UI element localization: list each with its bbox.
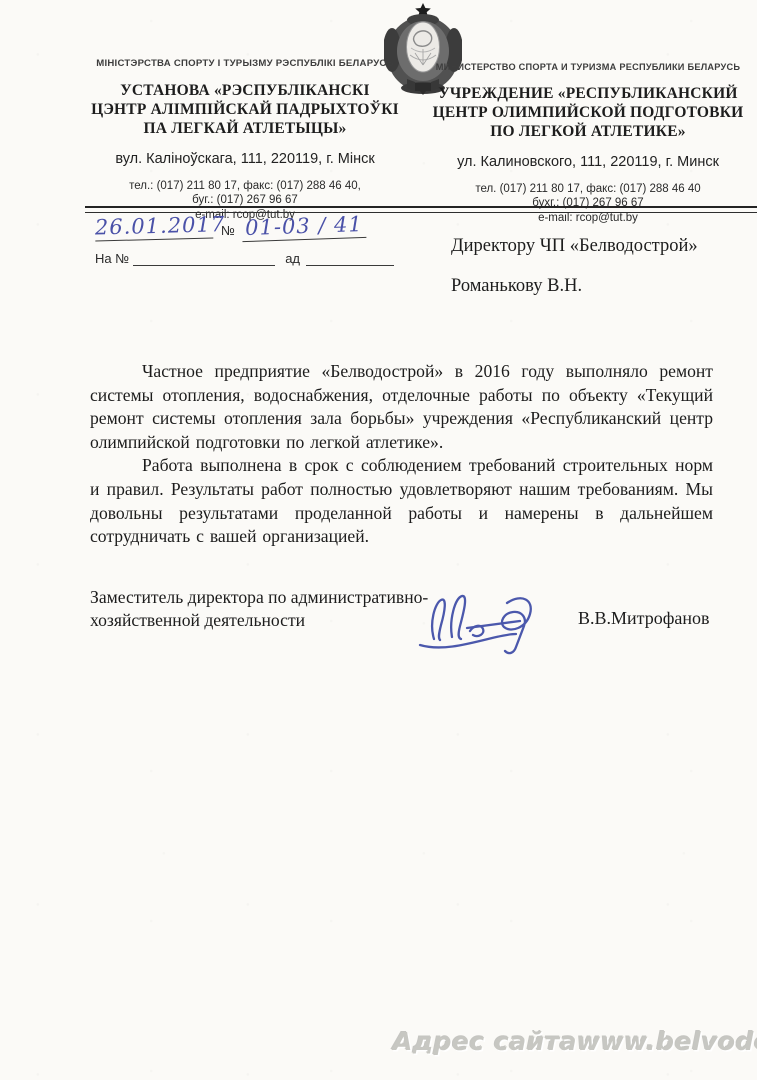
organization-name-ru: УЧРЕЖДЕНИЕ «РЕСПУБЛИКАНСКИЙ ЦЕНТР ОЛИМПИ… — [432, 85, 744, 142]
addressee-name: Романькову В.Н. — [451, 276, 698, 297]
phone-fax-by: тел.: (017) 211 80 17, факс: (017) 288 4… — [88, 179, 402, 194]
reply-number-label: На № — [95, 251, 129, 266]
letter-body: Частное предприятие «Белводострой» в 201… — [90, 360, 713, 549]
org-ru-line2: ЦЕНТР ОЛИМПИЙСКОЙ ПОДГОТОВКИ — [432, 104, 744, 123]
letterhead-belarusian-column: МІНІСТЭРСТВА СПОРТУ І ТУРЫЗМУ РЭСПУБЛІКІ… — [88, 58, 402, 223]
reply-number-blank — [133, 251, 275, 266]
addressee-block: Директору ЧП «Белводострой» Романькову В… — [451, 236, 698, 297]
street-address-by: вул. Каліноўскага, 111, 220119, г. Мінск — [88, 151, 402, 167]
organization-name-by: УСТАНОВА «РЭСПУБЛІКАНСКІ ЦЭНТР АЛІМПІЙСК… — [88, 82, 402, 139]
phone-fax-ru: тел. (017) 211 80 17, факс: (017) 288 46… — [432, 182, 744, 197]
letterhead-divider-rule — [85, 206, 757, 213]
reply-date-label: ад — [285, 251, 300, 266]
handwritten-signature — [412, 581, 560, 669]
letterhead-russian-column: МИНИСТЕРСТВО СПОРТА И ТУРИЗМА РЕСПУБЛИКИ… — [432, 62, 744, 226]
date-number-row: 26.01.2017 № 01-03 / 41 — [95, 214, 395, 240]
org-by-line3: ПА ЛЕГКАЙ АТЛЕТЫЦЫ» — [88, 120, 402, 139]
reply-reference-row: На № ад — [95, 251, 395, 266]
email-ru: e-mail: rcop@tut.by — [432, 211, 744, 226]
contact-info-ru: тел. (017) 211 80 17, факс: (017) 288 46… — [432, 182, 744, 226]
handwritten-outgoing-number: 01-03 / 41 — [242, 212, 367, 242]
org-ru-line3: ПО ЛЕГКОЙ АТЛЕТИКЕ» — [432, 123, 744, 142]
reply-date-blank — [306, 251, 394, 266]
addressee-position: Директору ЧП «Белводострой» — [451, 236, 698, 257]
watermark-label: Адрес сайта — [393, 1027, 577, 1056]
body-paragraph-1: Частное предприятие «Белводострой» в 201… — [90, 360, 713, 454]
org-ru-line1: УЧРЕЖДЕНИЕ «РЕСПУБЛИКАНСКИЙ — [432, 85, 744, 104]
watermark-url: www.belvodo.by — [577, 1027, 757, 1056]
org-by-line1: УСТАНОВА «РЭСПУБЛІКАНСКІ — [88, 82, 402, 101]
org-by-line2: ЦЭНТР АЛІМПІЙСКАЙ ПАДРЫХТОЎКІ — [88, 101, 402, 120]
reference-block: 26.01.2017 № 01-03 / 41 На № ад — [95, 214, 395, 266]
handwritten-date: 26.01.2017 — [95, 212, 214, 241]
signer-name: В.В.Митрофанов — [578, 608, 710, 629]
website-watermark: Адрес сайта www.belvodo.by — [393, 1027, 751, 1056]
ministry-line-ru: МИНИСТЕРСТВО СПОРТА И ТУРИЗМА РЕСПУБЛИКИ… — [432, 62, 744, 72]
ministry-line-by: МІНІСТЭРСТВА СПОРТУ І ТУРЫЗМУ РЭСПУБЛІКІ… — [88, 58, 402, 69]
body-paragraph-2: Работа выполнена в срок с соблюдением тр… — [90, 454, 713, 548]
street-address-ru: ул. Калиновского, 111, 220119, г. Минск — [432, 154, 744, 170]
